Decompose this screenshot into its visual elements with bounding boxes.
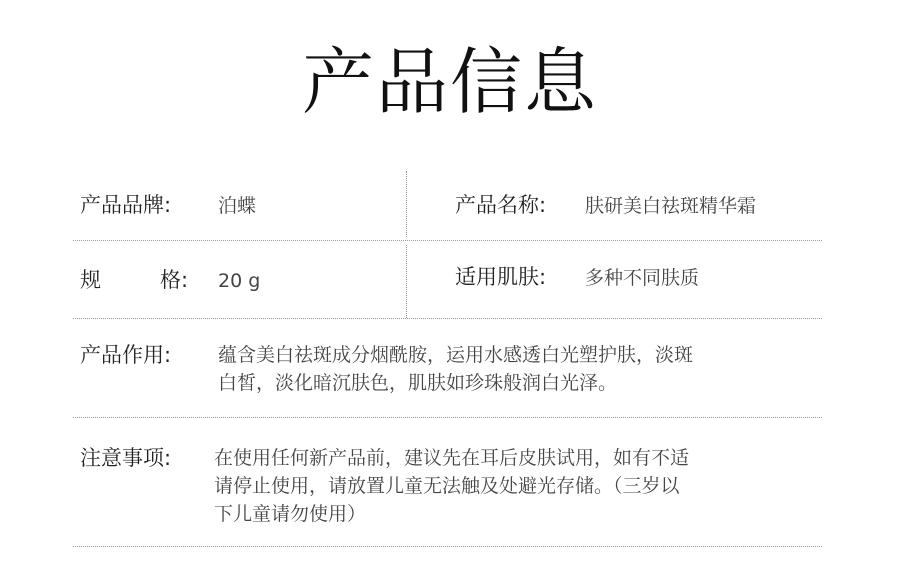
effect-line: 白皙，淡化暗沉肤色，肌肤如珍珠般润白光泽。	[218, 369, 818, 397]
row-divider	[73, 417, 822, 418]
brand-value: 泊蝶	[218, 191, 256, 221]
product-name-label: 产品名称:	[455, 190, 546, 220]
product-name-value: 肤研美白祛斑精华霜	[585, 191, 756, 221]
row-divider	[73, 546, 822, 547]
spec-value: 20 g	[218, 266, 260, 296]
column-divider	[406, 171, 407, 237]
notice-line: 下儿童请勿使用）	[214, 500, 814, 528]
brand-label: 产品品牌:	[80, 190, 171, 220]
effect-text: 蕴含美白祛斑成分烟酰胺，运用水感透白光塑护肤，淡斑 白皙，淡化暗沉肤色，肌肤如珍…	[218, 341, 818, 397]
row-divider	[73, 240, 822, 241]
spec-label-second: 格:	[160, 265, 188, 295]
column-divider	[406, 245, 407, 318]
skin-type-value: 多种不同肤质	[585, 263, 699, 293]
page-title: 产品信息	[0, 32, 900, 132]
notice-line: 请停止使用，请放置儿童无法触及处避光存储。（三岁以	[214, 472, 814, 500]
notice-line: 在使用任何新产品前，建议先在耳后皮肤试用，如有不适	[214, 444, 814, 472]
effect-label: 产品作用:	[80, 340, 171, 370]
notice-label: 注意事项:	[80, 443, 171, 473]
effect-line: 蕴含美白祛斑成分烟酰胺，运用水感透白光塑护肤，淡斑	[218, 341, 818, 369]
row-divider	[73, 318, 822, 319]
spec-label-first: 规	[80, 265, 101, 295]
notice-text: 在使用任何新产品前，建议先在耳后皮肤试用，如有不适 请停止使用，请放置儿童无法触…	[214, 444, 814, 528]
skin-type-label: 适用肌肤:	[455, 262, 546, 292]
